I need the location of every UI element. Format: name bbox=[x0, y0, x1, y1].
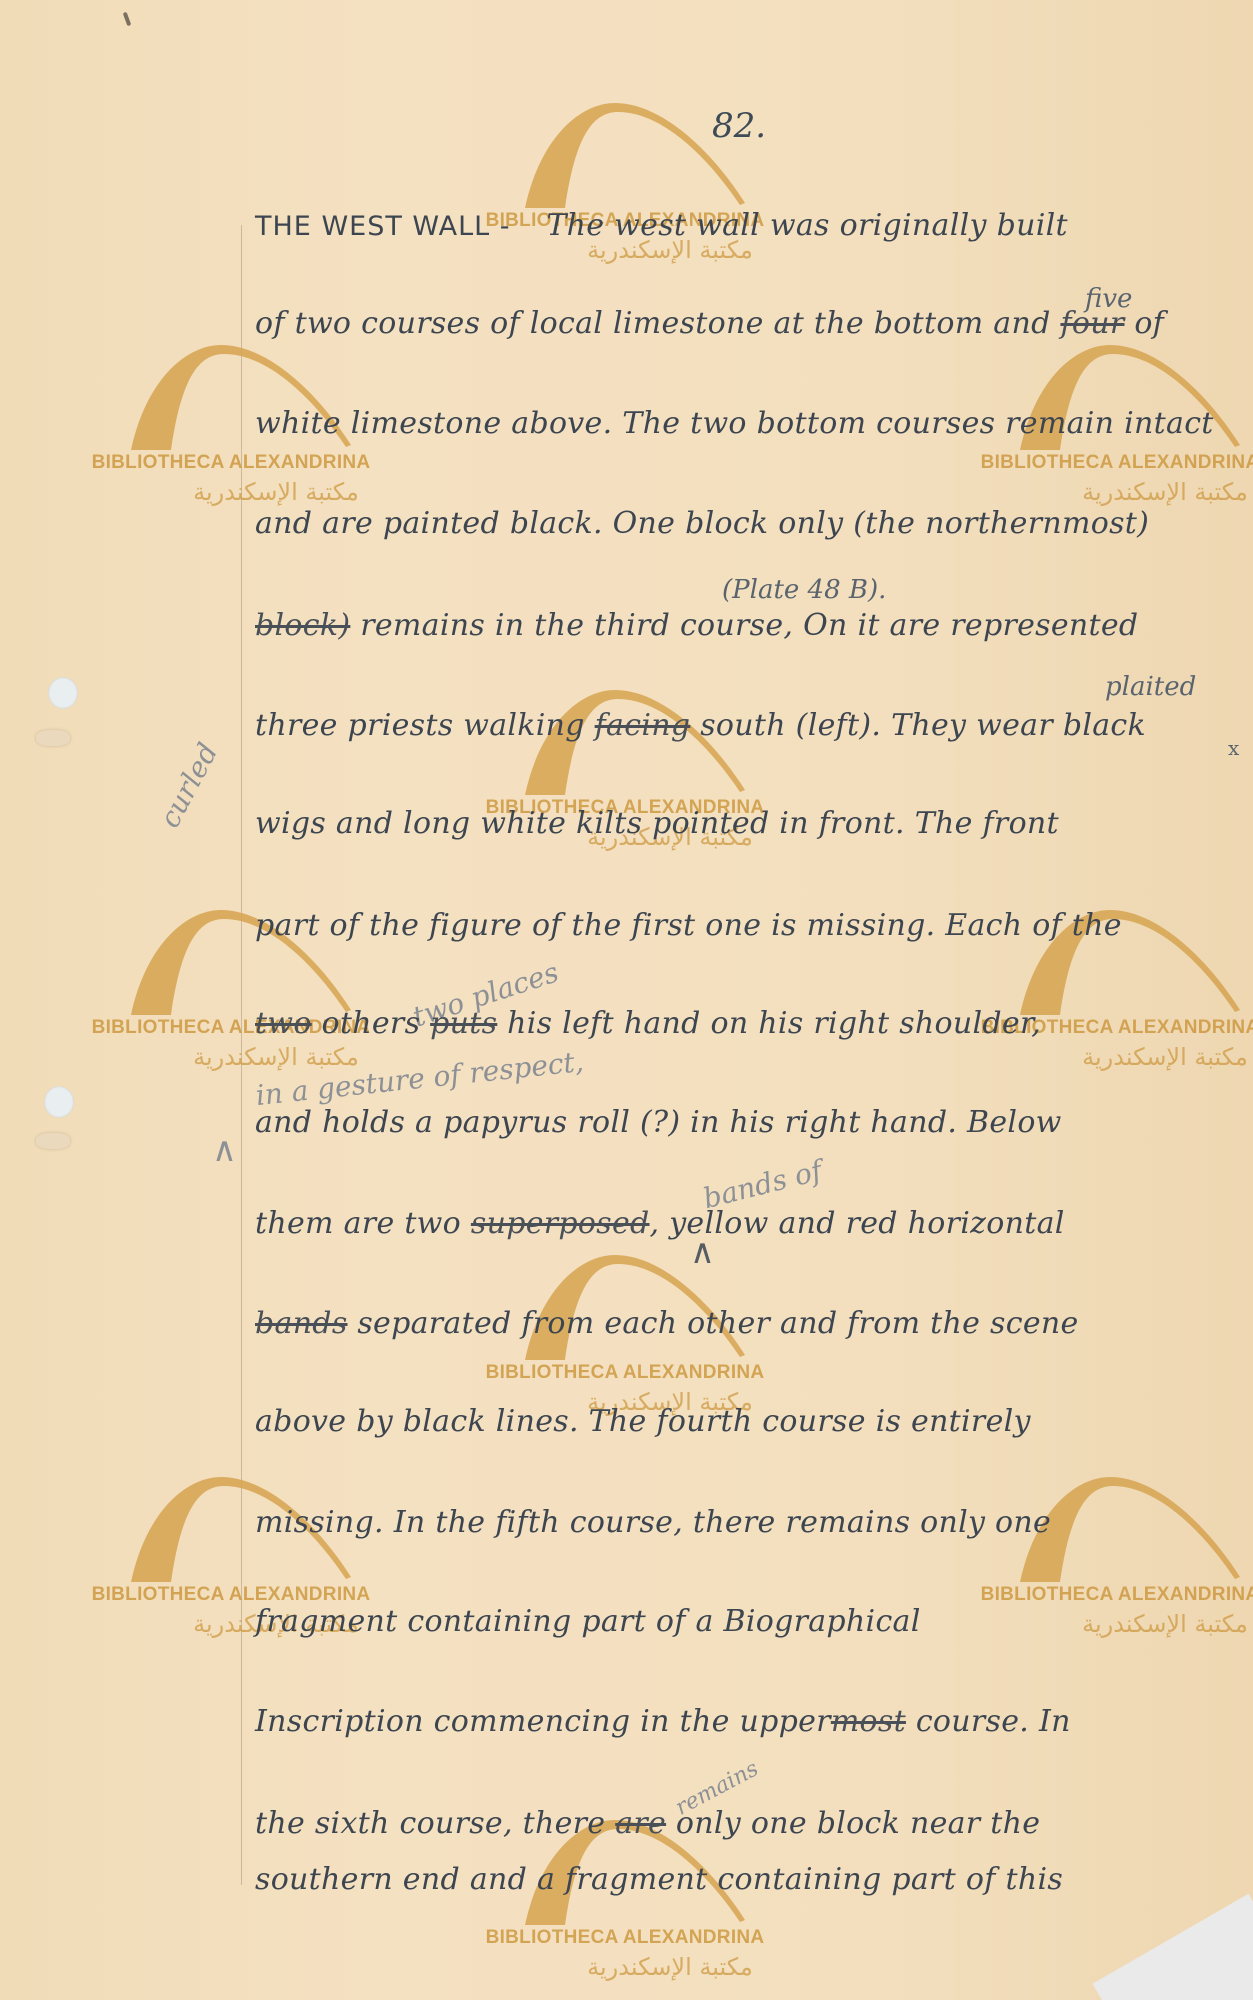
line-text: above by black lines. The fourth course … bbox=[255, 1404, 1031, 1439]
page-number: 82. bbox=[712, 106, 766, 146]
line-text: only one block near the bbox=[666, 1806, 1040, 1841]
line-text: south (left). They wear black bbox=[690, 708, 1146, 743]
line-text: part of the figure of the first one is m… bbox=[255, 908, 1122, 943]
line-text: fragment containing part of a Biographic… bbox=[255, 1604, 921, 1639]
watermark-name-ar: مكتبة الإسكندرية bbox=[955, 1043, 1253, 1071]
line-text: separated from each other and from the s… bbox=[348, 1306, 1079, 1341]
text-line: of two courses of local limestone at the… bbox=[255, 306, 1164, 341]
line-text: Inscription commencing in the upper bbox=[255, 1704, 831, 1739]
line-text: of bbox=[1124, 306, 1164, 341]
struck-text: facing bbox=[595, 708, 691, 743]
text-line: the sixth course, there are only one blo… bbox=[255, 1806, 1040, 1841]
text-line: missing. In the fifth course, there rema… bbox=[255, 1505, 1051, 1540]
line-text: The west wall was originally built bbox=[546, 208, 1067, 243]
struck-text: two bbox=[255, 1006, 312, 1041]
paper-tear bbox=[36, 1133, 70, 1149]
line-text: white limestone above. The two bottom co… bbox=[255, 406, 1214, 441]
text-line: above by black lines. The fourth course … bbox=[255, 1404, 1031, 1439]
punch-hole bbox=[44, 1086, 74, 1118]
line-text: his left hand on his right shoulder, bbox=[497, 1006, 1041, 1041]
line-text: others bbox=[312, 1006, 430, 1041]
struck-text: four bbox=[1060, 306, 1124, 341]
text-line: bands separated from each other and from… bbox=[255, 1306, 1079, 1341]
ink-speck bbox=[123, 12, 132, 27]
text-line: block) remains in the third course, On i… bbox=[255, 608, 1138, 643]
line-text: of two courses of local limestone at the… bbox=[255, 306, 1060, 341]
text-line: fragment containing part of a Biographic… bbox=[255, 1604, 921, 1639]
text-line: THE WEST WALL - The west wall was origin… bbox=[255, 208, 1068, 243]
watermark-name-en: BIBLIOTHECA ALEXANDRINA bbox=[66, 452, 396, 474]
text-line: and holds a papyrus roll (?) in his righ… bbox=[255, 1105, 1062, 1140]
text-line: Inscription commencing in the uppermost … bbox=[255, 1704, 1071, 1739]
text-line: southern end and a fragment containing p… bbox=[255, 1862, 1063, 1897]
text-line: and are painted black. One block only (t… bbox=[255, 506, 1149, 541]
line-text: them are two bbox=[255, 1206, 471, 1241]
punch-hole bbox=[48, 677, 78, 709]
line-text: remains in the third course, On it are r… bbox=[350, 608, 1138, 643]
pencil-insertion: in a gesture of respect, bbox=[254, 1045, 585, 1112]
text-line: wigs and long white kilts pointed in fro… bbox=[255, 806, 1059, 841]
margin-insert: curled bbox=[153, 738, 225, 833]
text-line: two others puts his left hand on his rig… bbox=[255, 1006, 1041, 1041]
plate-reference: (Plate 48 B). bbox=[722, 575, 886, 605]
struck-text: bands bbox=[255, 1306, 348, 1341]
watermark-name-en: BIBLIOTHECA ALEXANDRINA bbox=[955, 452, 1253, 474]
struck-text: block) bbox=[255, 608, 350, 643]
watermark-name-en: BIBLIOTHECA ALEXANDRINA bbox=[955, 1584, 1253, 1606]
struck-text: superposed bbox=[471, 1206, 650, 1241]
margin-rule bbox=[241, 225, 242, 1885]
watermark-name-en: BIBLIOTHECA ALEXANDRINA bbox=[66, 1584, 396, 1606]
watermark-name-ar: مكتبة الإسكندرية bbox=[66, 1043, 396, 1071]
margin-mark: x bbox=[1228, 736, 1239, 760]
arch-logo-icon bbox=[520, 1250, 750, 1360]
line-text: southern end and a fragment containing p… bbox=[255, 1862, 1063, 1897]
watermark-name-ar: مكتبة الإسكندرية bbox=[66, 478, 396, 506]
text-line: part of the figure of the first one is m… bbox=[255, 908, 1122, 943]
text-line: them are two superposed, yellow and red … bbox=[255, 1206, 1065, 1241]
watermark-name-ar: مكتبة الإسكندرية bbox=[955, 478, 1253, 506]
insertion-caret-icon: ∧ bbox=[212, 1130, 237, 1170]
struck-text: are bbox=[615, 1806, 666, 1841]
line-text: the sixth course, there bbox=[255, 1806, 615, 1841]
watermark: BIBLIOTHECA ALEXANDRINA مكتبة الإسكندرية bbox=[66, 1472, 396, 1622]
watermark: BIBLIOTHECA ALEXANDRINA مكتبة الإسكندرية bbox=[955, 1472, 1253, 1622]
watermark-name-en: BIBLIOTHECA ALEXANDRINA bbox=[460, 1362, 790, 1384]
line-text: missing. In the fifth course, there rema… bbox=[255, 1505, 1051, 1540]
text-line: white limestone above. The two bottom co… bbox=[255, 406, 1214, 441]
watermark-name-ar: مكتبة الإسكندرية bbox=[460, 1953, 790, 1981]
manuscript-page: BIBLIOTHECA ALEXANDRINA مكتبة الإسكندرية… bbox=[0, 0, 1253, 2000]
line-text: wigs and long white kilts pointed in fro… bbox=[255, 806, 1059, 841]
line-text: and are painted black. One block only (t… bbox=[255, 506, 1149, 541]
watermark-name-en: BIBLIOTHECA ALEXANDRINA bbox=[460, 1927, 790, 1949]
text-line: three priests walking facing south (left… bbox=[255, 708, 1146, 743]
struck-text: puts bbox=[430, 1006, 497, 1041]
section-heading: THE WEST WALL - bbox=[255, 211, 511, 242]
insertion-caret-icon: ∧ bbox=[690, 1232, 715, 1272]
paper-tear bbox=[36, 730, 70, 746]
line-text: course. In bbox=[906, 1704, 1071, 1739]
interlinear-insert: plaited bbox=[1105, 672, 1196, 702]
struck-text: most bbox=[831, 1704, 906, 1739]
line-text: three priests walking bbox=[255, 708, 595, 743]
line-text: and holds a papyrus roll (?) in his righ… bbox=[255, 1105, 1062, 1140]
watermark-name-ar: مكتبة الإسكندرية bbox=[955, 1610, 1253, 1638]
